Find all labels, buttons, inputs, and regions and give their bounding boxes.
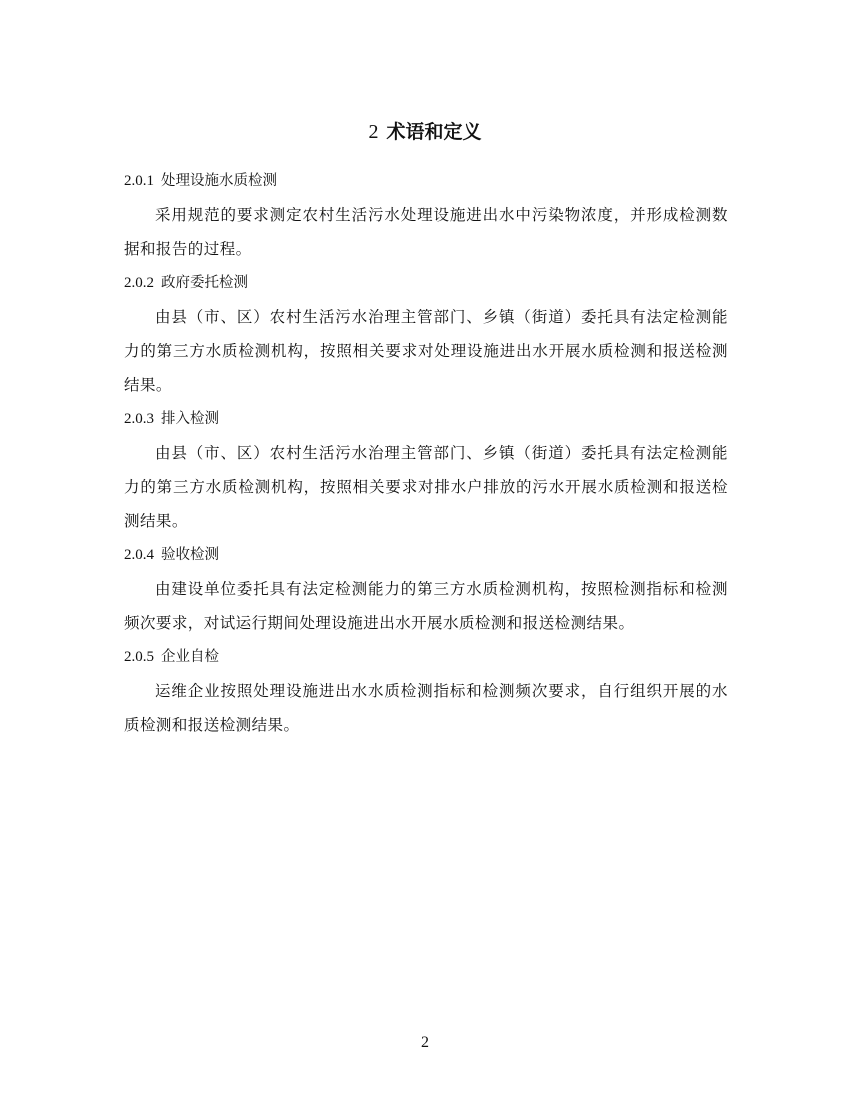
term-definition: 由建设单位委托具有法定检测能力的第三方水质检测机构，按照检测指标和检测频次要求，… [124,572,728,640]
term-number: 2.0.2 [124,275,154,291]
term-definition: 由县（市、区）农村生活污水治理主管部门、乡镇（街道）委托具有法定检测能力的第三方… [124,436,728,538]
term-number: 2.0.4 [124,547,154,563]
chapter-heading: 2术语和定义 [0,117,850,144]
term-name: 处理设施水质检测 [161,173,277,189]
term-heading: 2.0.5企业自检 [124,640,728,674]
term-number: 2.0.3 [124,411,154,427]
term-heading: 2.0.1处理设施水质检测 [124,164,728,198]
term-name: 排入检测 [161,411,219,427]
section-2-0-5: 2.0.5企业自检 运维企业按照处理设施进出水水质检测指标和检测频次要求，自行组… [124,640,728,742]
term-heading: 2.0.2政府委托检测 [124,266,728,300]
term-number: 2.0.1 [124,173,154,189]
section-2-0-3: 2.0.3排入检测 由县（市、区）农村生活污水治理主管部门、乡镇（街道）委托具有… [124,402,728,538]
term-name: 验收检测 [161,547,219,563]
page-number: 2 [0,1034,850,1052]
chapter-number: 2 [368,121,378,143]
term-name: 企业自检 [161,649,219,665]
chapter-title: 术语和定义 [386,121,481,143]
term-definition: 由县（市、区）农村生活污水治理主管部门、乡镇（街道）委托具有法定检测能力的第三方… [124,300,728,402]
term-name: 政府委托检测 [161,275,248,291]
section-2-0-1: 2.0.1处理设施水质检测 采用规范的要求测定农村生活污水处理设施进出水中污染物… [124,164,728,266]
section-2-0-2: 2.0.2政府委托检测 由县（市、区）农村生活污水治理主管部门、乡镇（街道）委托… [124,266,728,402]
term-number: 2.0.5 [124,649,154,665]
term-definition: 运维企业按照处理设施进出水水质检测指标和检测频次要求，自行组织开展的水质检测和报… [124,674,728,742]
definitions-body: 2.0.1处理设施水质检测 采用规范的要求测定农村生活污水处理设施进出水中污染物… [124,164,728,742]
section-2-0-4: 2.0.4验收检测 由建设单位委托具有法定检测能力的第三方水质检测机构，按照检测… [124,538,728,640]
term-heading: 2.0.4验收检测 [124,538,728,572]
term-definition: 采用规范的要求测定农村生活污水处理设施进出水中污染物浓度，并形成检测数据和报告的… [124,198,728,266]
term-heading: 2.0.3排入检测 [124,402,728,436]
